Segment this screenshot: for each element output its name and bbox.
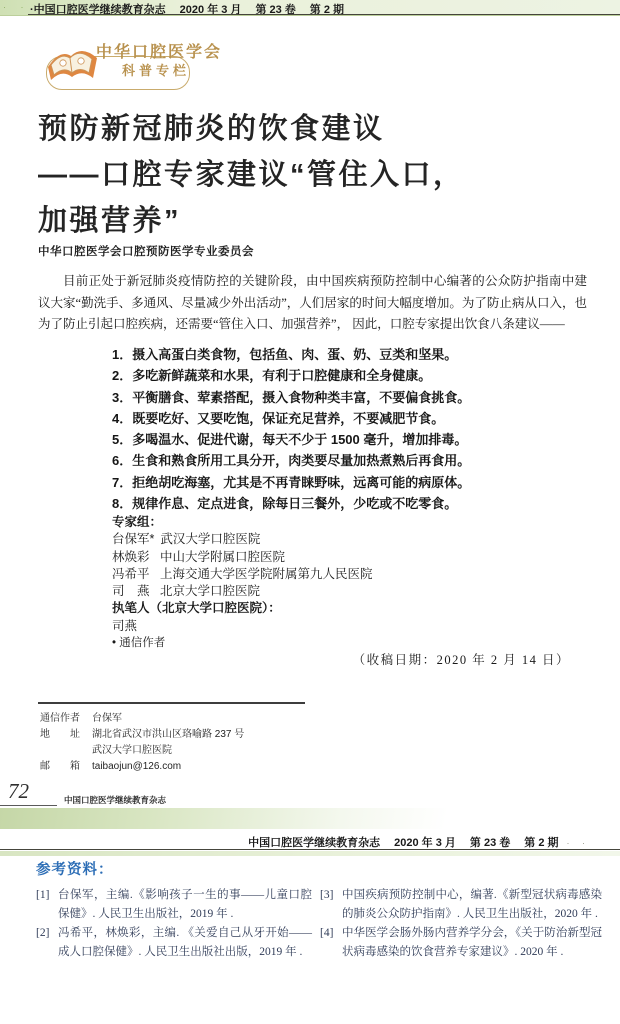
recommendation-item: 1．摄入高蛋白类食物，包括鱼、肉、蛋、奶、豆类和坚果。 (112, 344, 470, 365)
logo-column-name: 科普专栏 (122, 60, 190, 79)
correspondence-label: 邮 箱 (40, 759, 86, 775)
expert-name: 冯希平 (112, 566, 154, 583)
reference-text: 冯希平，林焕彩，主编. 《关爱自己从牙开始——成人口腔保健》. 人民卫生出版社出… (58, 924, 312, 962)
title-line-2: ——口腔专家建议“管住入口， (38, 152, 465, 198)
recommendation-item: 5．多喝温水、促进代谢，每天不少于 1500 毫升，增加排毒。 (112, 429, 470, 450)
reference-item: [1] 台保军，主编.《影响孩子一生的事——儿童口腔保健》. 人民卫生出版社，2… (36, 886, 312, 924)
expert-group: 专家组： 台保军*武汉大学口腔医院 林焕彩中山大学附属口腔医院 冯希平上海交通大… (112, 514, 373, 652)
page2-header-band (0, 851, 620, 856)
correspondence-label: 地 址 (40, 727, 86, 743)
header-rule (28, 14, 620, 15)
journal-volume: 第 23 卷 (470, 837, 510, 849)
references-column-right: [3] 中国疾病预防控制中心，编著.《新型冠状病毒感染的肺炎公众防护指南》. 人… (320, 886, 602, 962)
journal-date: 2020 年 3 月 (394, 837, 456, 849)
expert-affiliation: 武汉大学口腔医院 (160, 532, 260, 546)
received-date: （收稿日期：2020 年 2 月 14 日） (353, 650, 570, 668)
correspondence-row: 通信作者 台保军 (40, 711, 244, 727)
correspondence-row: 武汉大学口腔医院 (40, 743, 244, 759)
correspondence-label: 通信作者 (40, 711, 86, 727)
reference-number: [2] (36, 924, 58, 962)
reference-text: 中华医学会肠外肠内营养学分会，《关于防治新型冠状病毒感染的饮食营养专家建议》. … (342, 924, 602, 962)
expert-affiliation: 中山大学附属口腔医院 (160, 550, 285, 564)
reference-text: 中国疾病预防控制中心，编著.《新型冠状病毒感染的肺炎公众防护指南》. 人民卫生出… (342, 886, 602, 924)
correspondence-value: 武汉大学口腔医院 (92, 743, 172, 759)
reference-item: [3] 中国疾病预防控制中心，编著.《新型冠状病毒感染的肺炎公众防护指南》. 人… (320, 886, 602, 924)
page2-header-line: 中国口腔医学继续教育杂志2020 年 3 月第 23 卷第 2 期· · (248, 834, 590, 850)
expert-affiliation: 上海交通大学医学院附属第九人民医院 (160, 567, 373, 581)
correspondence-email: taibaojun@126.com (92, 759, 181, 775)
expert-row: 台保军*武汉大学口腔医院 (112, 531, 373, 548)
decorative-dots-right: · · (567, 838, 591, 848)
recommendation-item: 6．生食和熟食所用工具分开，肉类要尽量加热煮熟后再食用。 (112, 450, 470, 471)
reference-number: [3] (320, 886, 342, 924)
journal-page: · · · ·中国口腔医学继续教育杂志2020 年 3 月第 23 卷第 2 期… (0, 0, 620, 1024)
reference-number: [4] (320, 924, 342, 962)
correspondence-row: 地 址 湖北省武汉市洪山区珞喻路 237 号 (40, 727, 244, 743)
expert-name: 台保军* (112, 531, 154, 548)
correspondence-row: 邮 箱 taibaojun@126.com (40, 759, 244, 775)
expert-name: 林焕彩 (112, 549, 154, 566)
correspondence-block: 通信作者 台保军 地 址 湖北省武汉市洪山区珞喻路 237 号 武汉大学口腔医院… (40, 711, 244, 775)
recommendation-item: 2．多吃新鲜蔬菜和水果，有利于口腔健康和全身健康。 (112, 365, 470, 386)
page-number: 72 (8, 779, 29, 804)
expert-row: 司 燕北京大学口腔医院 (112, 583, 373, 600)
expert-row: 冯希平上海交通大学医学院附属第九人民医院 (112, 566, 373, 583)
correspondence-label-empty (40, 743, 86, 759)
page2-header-rule (0, 849, 620, 850)
expert-group-heading: 专家组： (112, 514, 373, 531)
open-book-icon (40, 35, 104, 91)
reference-item: [4] 中华医学会肠外肠内营养学分会，《关于防治新型冠状病毒感染的饮食营养专家建… (320, 924, 602, 962)
title-line-3: 加强营养” (38, 198, 465, 244)
expert-affiliation: 北京大学口腔医院 (160, 584, 260, 598)
recommendation-item: 4．既要吃好、又要吃饱，保证充足营养，不要减肥节食。 (112, 408, 470, 429)
page-number-rule (0, 805, 57, 806)
recommendation-item: 3．平衡膳食、荤素搭配，摄入食物种类丰富，不要偏食挑食。 (112, 387, 470, 408)
recommendation-item: 8．规律作息、定点进食，除每日三餐外，少吃或不吃零食。 (112, 493, 470, 514)
journal-name: 中国口腔医学继续教育杂志 (248, 837, 380, 849)
corresponding-author-footnote: • 通信作者 (112, 635, 373, 652)
article-title: 预防新冠肺炎的饮食建议 ——口腔专家建议“管住入口， 加强营养” (38, 106, 465, 244)
title-line-1: 预防新冠肺炎的饮食建议 (38, 106, 465, 152)
journal-issue: 第 2 期 (524, 837, 558, 849)
correspondence-value: 湖北省武汉市洪山区珞喻路 237 号 (92, 727, 244, 743)
references-heading: 参考资料： (36, 858, 114, 879)
intro-paragraph: 目前正处于新冠肺炎疫情防控的关键阶段，由中国疾病预防控制中心编著的公众防护指南中… (38, 271, 587, 336)
reference-item: [2] 冯希平，林焕彩，主编. 《关爱自己从牙开始——成人口腔保健》. 人民卫生… (36, 924, 312, 962)
writer-name: 司燕 (112, 618, 373, 635)
recommendation-item: 7．拒绝胡吃海塞，尤其是不再青睐野味，远离可能的病原体。 (112, 472, 470, 493)
author-byline: 中华口腔医学会口腔预防医学专业委员会 (38, 243, 254, 259)
recommendation-list: 1．摄入高蛋白类食物，包括鱼、肉、蛋、奶、豆类和坚果。 2．多吃新鲜蔬菜和水果，… (112, 344, 470, 514)
logo-society-name: 中华口腔医学会 (96, 39, 222, 62)
reference-text: 台保军，主编.《影响孩子一生的事——儿童口腔保健》. 人民卫生出版社，2019 … (58, 886, 312, 924)
society-logo: 中华口腔医学会 科普专栏 (40, 33, 230, 95)
footer-journal-name: 中国口腔医学继续教育杂志 (64, 794, 166, 806)
page1-bottom-band (0, 808, 620, 829)
correspondence-value: 台保军 (92, 711, 122, 727)
references-column-left: [1] 台保军，主编.《影响孩子一生的事——儿童口腔保健》. 人民卫生出版社，2… (36, 886, 312, 962)
correspondence-rule (38, 702, 305, 704)
writer-heading: 执笔人（北京大学口腔医院）： (112, 600, 373, 617)
reference-number: [1] (36, 886, 58, 924)
expert-row: 林焕彩中山大学附属口腔医院 (112, 549, 373, 566)
expert-name: 司 燕 (112, 583, 154, 600)
